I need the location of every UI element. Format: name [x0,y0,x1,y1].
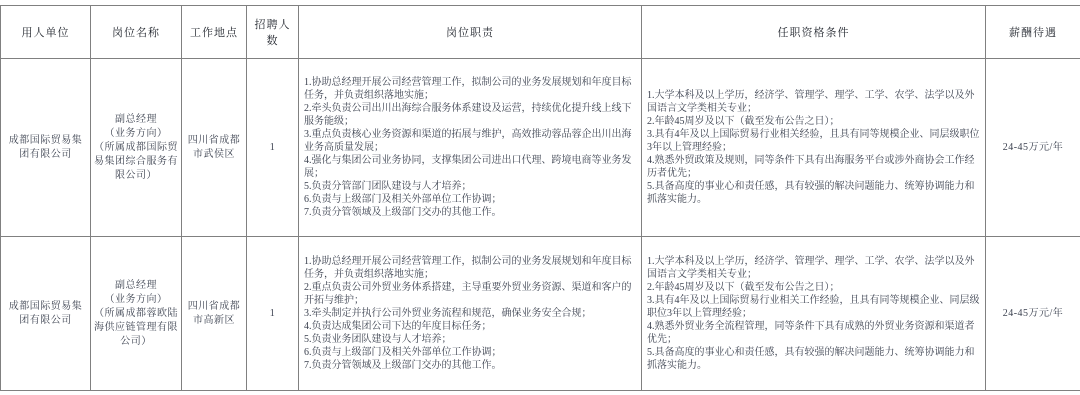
salary-cell: 24-45万元/年 [986,59,1080,237]
location-cell: 四川省成都市高新区 [182,237,247,391]
headcount-cell: 1 [247,59,299,237]
column-header-duties: 岗位职责 [299,6,642,59]
employer-cell: 成都国际贸易集团有限公司 [1,237,91,391]
qualifications-cell: 1.大学本科及以上学历，经济学、管理学、理学、工学、农学、法学以及外国语言文学类… [642,237,986,391]
position-cell: 副总经理 （业务方向） （所属成都蓉欧陆海供应链管理有限公司） [91,237,182,391]
column-header-position: 岗位名称 [91,6,182,59]
column-header-qualifications: 任职资格条件 [642,6,986,59]
position-cell: 副总经理 （业务方向） （所属成都国际贸易集团综合服务有限公司） [91,59,182,237]
table-row: 成都国际贸易集团有限公司 副总经理 （业务方向） （所属成都国际贸易集团综合服务… [1,59,1080,237]
recruitment-table: 用人单位 岗位名称 工作地点 招聘人数 岗位职责 任职资格条件 薪酬待遇 成都国… [0,5,1080,391]
duties-cell: 1.协助总经理开展公司经营管理工作，拟制公司的业务发展规划和年度目标任务，并负责… [299,237,642,391]
column-header-location: 工作地点 [182,6,247,59]
salary-cell: 24-45万元/年 [986,237,1080,391]
table-header: 用人单位 岗位名称 工作地点 招聘人数 岗位职责 任职资格条件 薪酬待遇 [1,6,1080,59]
duties-cell: 1.协助总经理开展公司经营管理工作，拟制公司的业务发展规划和年度目标任务，并负责… [299,59,642,237]
header-row: 用人单位 岗位名称 工作地点 招聘人数 岗位职责 任职资格条件 薪酬待遇 [1,6,1080,59]
column-header-salary: 薪酬待遇 [986,6,1080,59]
headcount-cell: 1 [247,237,299,391]
table-row: 成都国际贸易集团有限公司 副总经理 （业务方向） （所属成都蓉欧陆海供应链管理有… [1,237,1080,391]
column-header-employer: 用人单位 [1,6,91,59]
location-cell: 四川省成都市武侯区 [182,59,247,237]
table-body: 成都国际贸易集团有限公司 副总经理 （业务方向） （所属成都国际贸易集团综合服务… [1,59,1080,391]
column-header-headcount: 招聘人数 [247,6,299,59]
employer-cell: 成都国际贸易集团有限公司 [1,59,91,237]
qualifications-cell: 1.大学本科及以上学历，经济学、管理学、理学、工学、农学、法学以及外国语言文学类… [642,59,986,237]
